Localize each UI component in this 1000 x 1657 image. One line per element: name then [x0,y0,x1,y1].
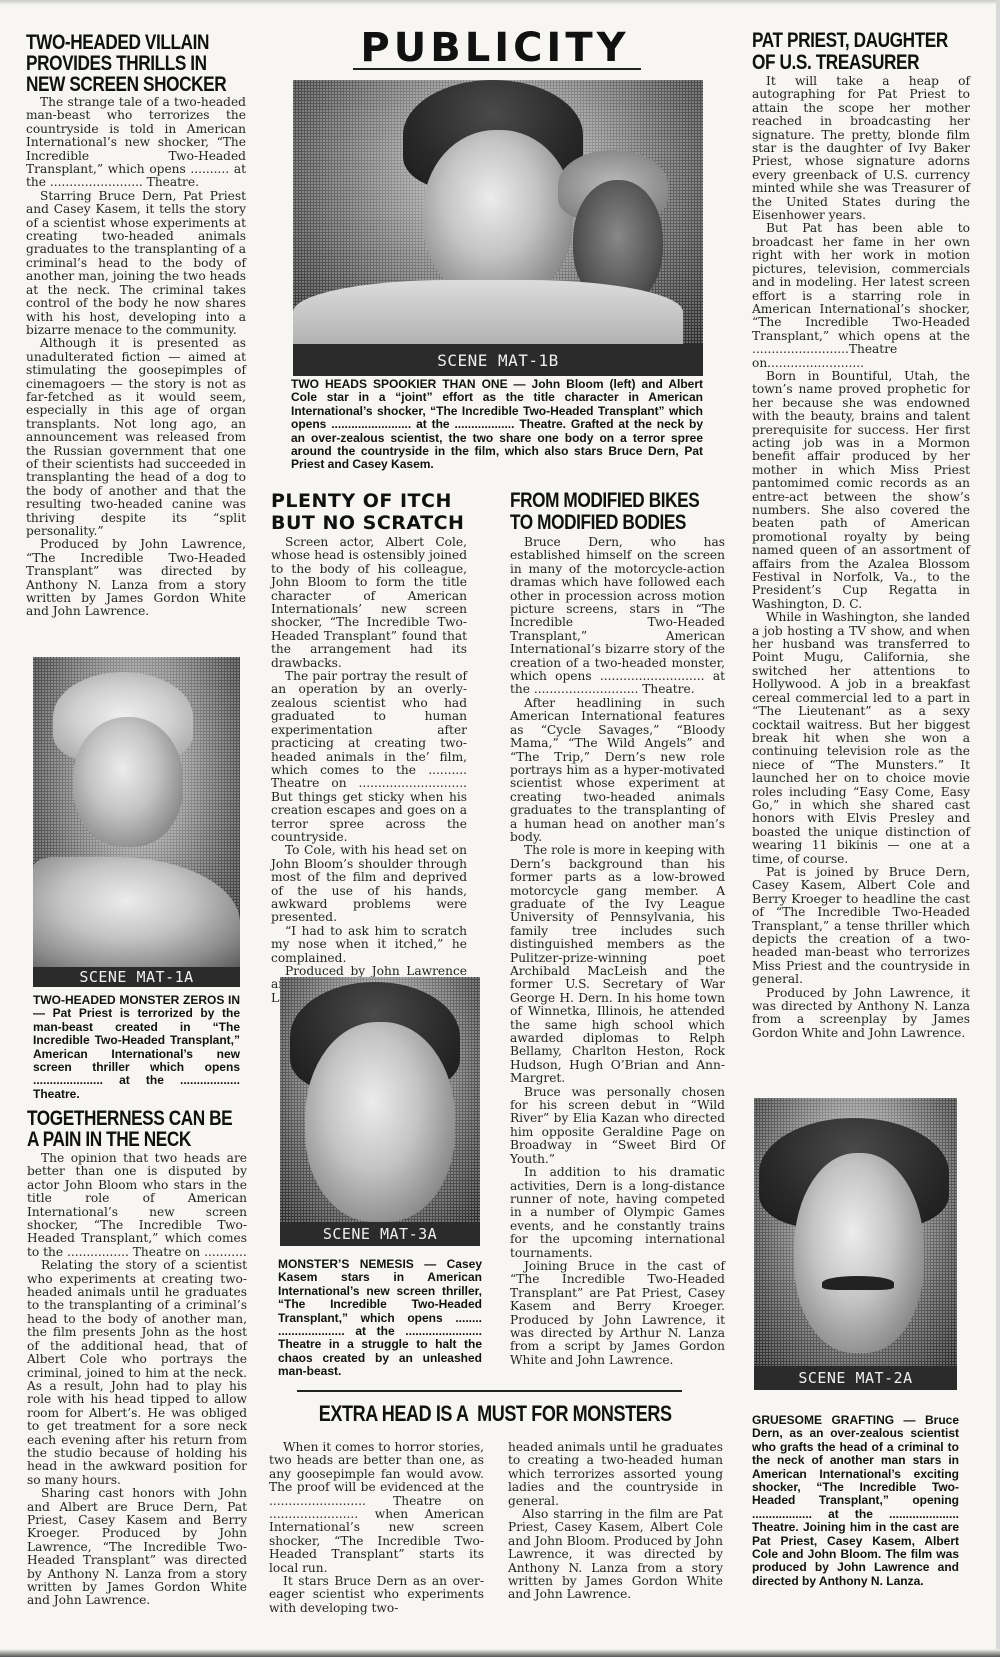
article-itch-headline: PLENTY OF ITCH BUT NO SCRATCH [271,490,467,534]
scene-mat-1b-photo [293,80,703,344]
photo-mustache [822,1276,894,1290]
photo-face-bloom [423,130,573,300]
scene-mat-3a-photo [280,977,480,1222]
scene-mat-1b-label: SCENE MAT-1B [293,344,703,376]
article-priest-headline: PAT PRIEST, DAUGHTER OF U.S. TREASURER [752,30,931,74]
scene-mat-1a-caption: TWO-HEADED MONSTER ZEROS IN — Pat Priest… [33,994,240,1101]
section-divider-rule [297,1390,682,1392]
photo-face-kasem [305,1022,455,1222]
scene-mat-1b-caption: TWO HEADS SPOOKIER THAN ONE — John Bloom… [291,378,703,472]
page-top-edge [0,0,1000,5]
photo-hand [33,857,240,967]
article-extra-head-col2: headed animals until he graduates to cre… [508,1441,723,1602]
article-togetherness-body: The opinion that two heads are better th… [27,1152,247,1608]
article-bikes-body: Bruce Dern, who has established himself … [510,536,725,1367]
article-extra-head-col1: When it comes to horror stories, two hea… [269,1441,484,1615]
photo-face [73,717,183,847]
page-bottom-edge [0,1649,1000,1657]
article-togetherness-headline: TOGETHERNESS CAN BE A PAIN IN THE NECK [27,1108,207,1150]
article-villain: TWO-HEADED VILLAIN PROVIDES THRILLS IN N… [26,32,246,619]
photo-shoulders [293,280,683,344]
masthead-underline [353,68,641,70]
article-togetherness: TOGETHERNESS CAN BE A PAIN IN THE NECK T… [27,1108,247,1608]
article-villain-headline: TWO-HEADED VILLAIN PROVIDES THRILLS IN N… [26,32,206,95]
masthead-title: PUBLICITY [330,26,660,70]
article-extra-head-headline: EXTRA HEAD IS A MUST FOR MONSTERS [270,1402,720,1426]
scene-mat-3a-label: SCENE MAT-3A [280,1222,480,1246]
article-priest-body: It will take a heap of autographing for … [752,75,970,1040]
scene-mat-2a-photo [754,1098,957,1366]
scene-mat-2a-caption: GRUESOME GRAFTING — Bruce Dern, as an ov… [752,1414,959,1588]
photo-face-dern [794,1153,924,1353]
scene-mat-1a-label: SCENE MAT-1A [33,967,240,987]
scene-mat-2a-label: SCENE MAT-2A [754,1366,957,1390]
article-villain-body: The strange tale of a two-headed man-bea… [26,96,246,619]
article-bikes: FROM MODIFIED BIKES TO MODIFIED BODIES B… [510,490,725,1367]
article-itch: PLENTY OF ITCH BUT NO SCRATCH Screen act… [271,490,467,1005]
article-priest: PAT PRIEST, DAUGHTER OF U.S. TREASURER I… [752,30,970,1040]
article-itch-body: Screen actor, Albert Cole, whose head is… [271,536,467,1005]
article-bikes-headline: FROM MODIFIED BIKES TO MODIFIED BODIES [510,490,686,534]
scene-mat-1a-photo [33,657,240,967]
scene-mat-3a-caption: MONSTER’S NEMESIS — Casey Kasem stars in… [278,1258,482,1379]
page-right-edge [996,0,1000,1657]
